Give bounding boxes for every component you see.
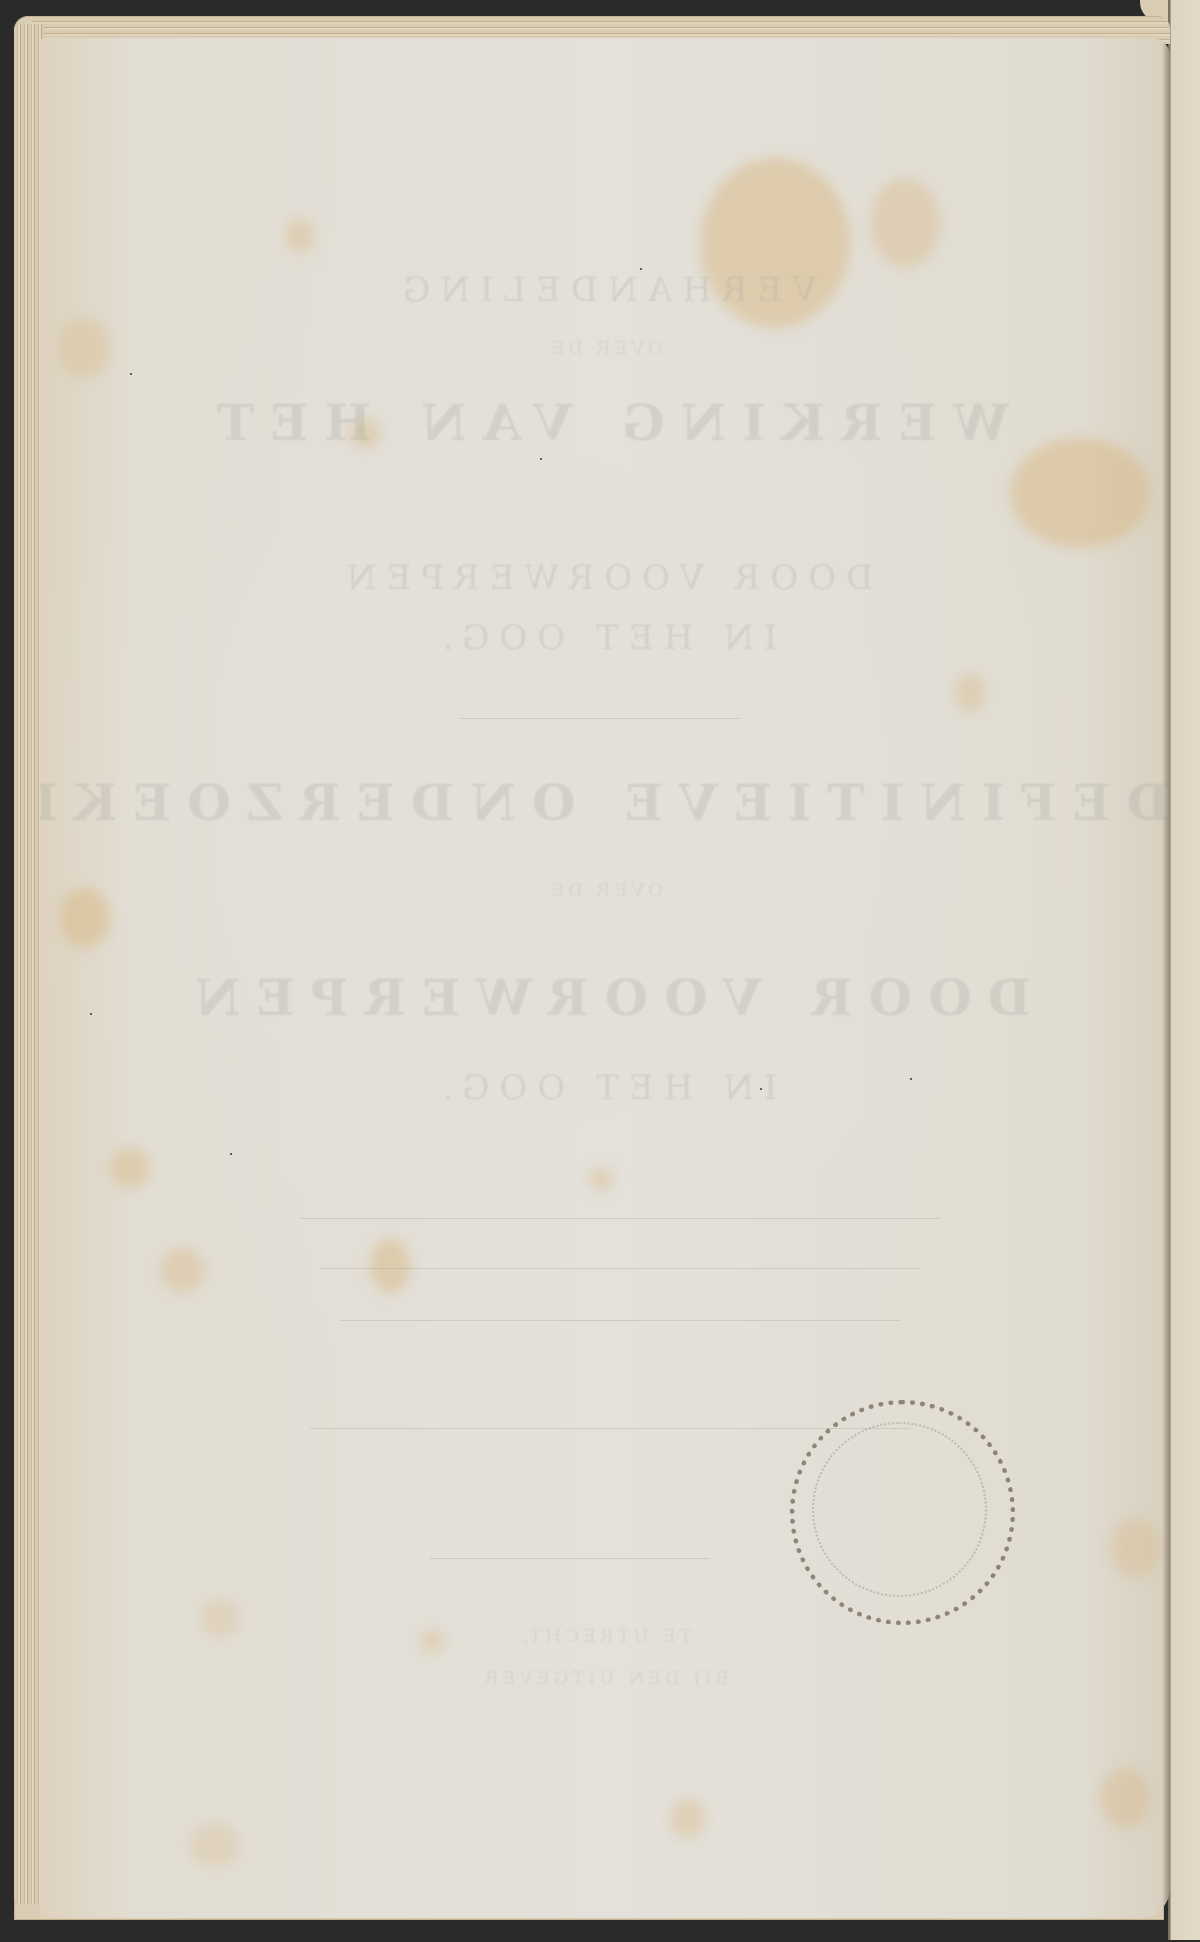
foxing-stain bbox=[285, 218, 315, 253]
foxing-stain bbox=[370, 1238, 410, 1293]
foxing-stain bbox=[1100, 1768, 1150, 1828]
bleed-through-line: VERHANDELING bbox=[40, 270, 1170, 310]
foxing-stain bbox=[955, 673, 985, 713]
dust-speck bbox=[230, 1153, 232, 1155]
foxing-stain bbox=[1010, 438, 1150, 548]
bleed-through-rule bbox=[460, 718, 740, 719]
bleed-through-line: WERKING VAN HET bbox=[40, 393, 1170, 452]
bleed-through-rule bbox=[310, 1428, 910, 1429]
bleed-through-line: DOOR VOORWERPEN bbox=[40, 968, 1170, 1027]
foxing-stain bbox=[870, 178, 940, 268]
bleed-through-line: IN HET OOG. bbox=[40, 618, 1170, 658]
bleed-through-line: OVER DE bbox=[40, 338, 1170, 359]
foxing-stain bbox=[160, 1248, 205, 1293]
bleed-through-line: DOOR VOORWERPEN bbox=[40, 558, 1170, 598]
library-stamp-inner-ring bbox=[812, 1422, 987, 1597]
bleed-through-line: OVER DE bbox=[40, 880, 1170, 901]
bleed-through-line: BIJ DEN UITGEVER bbox=[40, 1668, 1170, 1689]
dust-speck bbox=[130, 373, 132, 375]
bleed-through-rule bbox=[320, 1268, 920, 1269]
bleed-through-line: TE UTRECHT, bbox=[40, 1626, 1170, 1647]
foxing-stain bbox=[590, 1168, 612, 1190]
dust-speck bbox=[540, 458, 542, 460]
foxing-stain bbox=[190, 1823, 240, 1868]
foxing-stain bbox=[110, 1148, 150, 1188]
bleed-through-rule bbox=[430, 1558, 710, 1559]
bleed-through-line: DEFINITIEVE ONDERZOEKINGEN bbox=[40, 773, 1170, 832]
foxing-stain bbox=[670, 1798, 705, 1838]
bleed-through-line: IN HET OOG. bbox=[40, 1068, 1170, 1108]
bleed-through-rule bbox=[300, 1218, 940, 1219]
book-page: VERHANDELING OVER DE WERKING VAN HET DOO… bbox=[40, 38, 1170, 1918]
bleed-through-rule bbox=[340, 1320, 900, 1321]
facing-page-edge bbox=[1168, 0, 1200, 1940]
foxing-stain bbox=[1110, 1518, 1160, 1578]
